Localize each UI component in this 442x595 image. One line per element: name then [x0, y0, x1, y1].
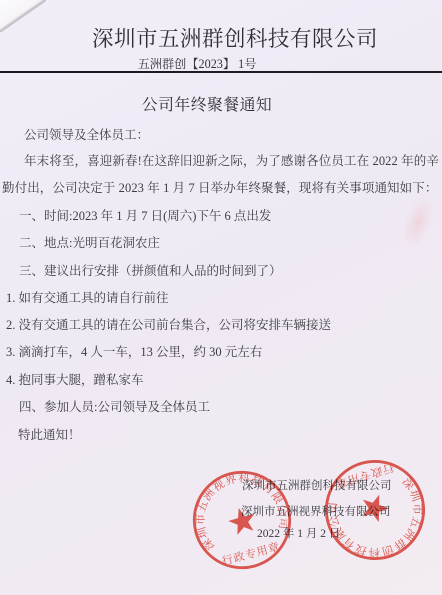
stamp-star-icon — [358, 493, 392, 526]
stamp-bottom-text: 行政专用章 — [220, 539, 281, 568]
notice-subitem-1: 1. 如有交通工具的请自行前往 — [0, 285, 440, 312]
stamp-star-icon — [226, 505, 259, 537]
stamp-bottom-text: 行政专用章 — [333, 460, 395, 491]
notice-subitem-4: 4. 抱同事大腿，蹭私家车 — [0, 367, 440, 394]
notice-item-place: 二、地点:光明百花洞农庄 — [0, 230, 440, 257]
salutation: 公司领导及全体员工： — [24, 125, 149, 143]
notice-item-travel: 三、建议出行安排（拼颜值和人品的时间到了） — [0, 258, 440, 285]
doc-number: 五洲群创【2023】 1号 — [0, 55, 418, 72]
header-divider-rule — [0, 71, 442, 73]
scanned-notice-document: 深圳市五洲群创科技有限公司 五洲群创【2023】 1号 公司年终聚餐通知 公司领… — [0, 0, 442, 595]
notice-subitem-3: 3. 滴滴打车，4 人一车，13 公里，约 30 元左右 — [0, 339, 440, 366]
notice-title: 公司年终聚餐通知 — [0, 92, 428, 115]
notice-subitem-2: 2. 没有交通工具的请在公司前台集合，公司将安排车辆接送 — [0, 312, 440, 339]
notice-item-participants: 四、参加人员:公司领导及全体员工 — [0, 394, 440, 421]
intro-paragraph: 年末将至，喜迎新春!在这辞旧迎新之际，为了感谢各位员工在 2022 年的辛勤付出… — [2, 148, 439, 202]
notice-item-list: 一、时间:2023 年 1 月 7 日(周六)下午 6 点出发 二、地点:光明百… — [0, 203, 440, 421]
closing-line: 特此通知！ — [18, 422, 81, 449]
company-title: 深圳市五洲群创科技有限公司 — [14, 22, 442, 53]
notice-item-time: 一、时间:2023 年 1 月 7 日(周六)下午 6 点出发 — [0, 203, 440, 230]
company-seal-qunchuang: 深圳市五洲群创科技有限公司 行政专用章 — [308, 443, 442, 578]
company-seal-shijie: 深圳市五洲视界科技有限公司 行政专用章 — [177, 455, 307, 585]
